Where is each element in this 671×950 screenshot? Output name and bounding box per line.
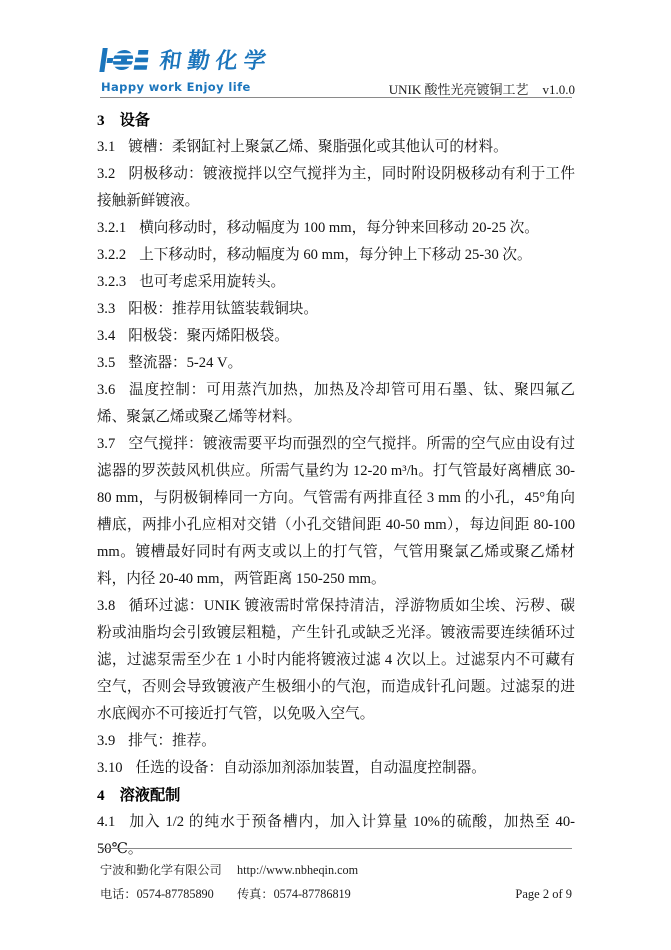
doc-version: v1.0.0	[543, 82, 576, 97]
paragraph: 3.3阳极：推荐用钛篮装载铜块。	[97, 296, 575, 323]
paragraph-text: 加入 1/2 的纯水于预备槽内，加入计算量 10%的硫酸，加热至 40-50℃。	[97, 814, 575, 857]
footer-phone-label: 电话：	[100, 887, 137, 901]
paragraph: 3.6温度控制：可用蒸汽加热，加热及冷却管可用石墨、钛、聚四氟乙烯、聚氯乙烯或聚…	[97, 377, 575, 431]
paragraph-number: 3.8	[97, 598, 128, 614]
page-footer: 宁波和勤化学有限公司 http://www.nbheqin.com 电话：057…	[100, 858, 572, 906]
paragraph: 3.2.3也可考虑采用旋转头。	[97, 269, 575, 296]
logo-tagline: Happy work Enjoy life	[101, 80, 272, 94]
hqe-logo-mark-icon	[99, 46, 151, 74]
paragraph-text: 排气：推荐。	[128, 733, 216, 749]
paragraph-number: 3.2	[97, 166, 128, 182]
paragraph: 3.2阴极移动：镀液搅拌以空气搅拌为主，同时附设阴极移动有利于工件接触新鲜镀液。	[97, 161, 575, 215]
document-title-block: UNIK 酸性光亮镀铜工艺v1.0.0	[389, 79, 575, 98]
paragraph: 3.4阳极袋：聚丙烯阳极袋。	[97, 323, 575, 350]
header-divider	[100, 97, 572, 98]
document-page: 和勤化学 Happy work Enjoy life UNIK 酸性光亮镀铜工艺…	[0, 0, 671, 950]
document-body: 3设备3.1镀槽：柔钢缸衬上聚氯乙烯、聚脂强化或其他认可的材料。3.2阴极移动：…	[97, 107, 575, 863]
paragraph-text: 循环过滤：UNIK 镀液需时常保持清洁，浮游物质如尘埃、污秽、碳粉或油脂均会引致…	[97, 598, 575, 722]
paragraph: 3.1镀槽：柔钢缸衬上聚氯乙烯、聚脂强化或其他认可的材料。	[97, 134, 575, 161]
paragraph-text: 整流器：5-24 V。	[128, 355, 242, 371]
logo-company-name: 和勤化学	[158, 44, 274, 75]
paragraph-number: 3	[97, 112, 120, 129]
paragraph-text: 温度控制：可用蒸汽加热，加热及冷却管可用石墨、钛、聚四氟乙烯、聚氯乙烯或聚乙烯等…	[97, 382, 575, 425]
paragraph-text: 镀槽：柔钢缸衬上聚氯乙烯、聚脂强化或其他认可的材料。	[128, 139, 507, 155]
footer-website: http://www.nbheqin.com	[237, 858, 572, 882]
paragraph-text: 横向移动时，移动幅度为 100 mm，每分钟来回移动 20-25 次。	[139, 220, 539, 236]
paragraph-number: 3.6	[97, 382, 128, 398]
paragraph: 3.2.2上下移动时，移动幅度为 60 mm，每分钟上下移动 25-30 次。	[97, 242, 575, 269]
paragraph-number: 4	[97, 787, 120, 804]
paragraph-number: 3.10	[97, 760, 136, 776]
paragraph: 3.9排气：推荐。	[97, 728, 575, 755]
paragraph-text: 上下移动时，移动幅度为 60 mm，每分钟上下移动 25-30 次。	[139, 247, 531, 263]
footer-divider	[100, 848, 572, 849]
paragraph-number: 3.2.2	[97, 247, 139, 263]
paragraph-text: 阳极：推荐用钛篮装载铜块。	[128, 301, 318, 317]
footer-phone-number: 0574-87785890	[137, 887, 214, 901]
paragraph: 3.5整流器：5-24 V。	[97, 350, 575, 377]
paragraph: 3.10任选的设备：自动添加剂添加装置，自动温度控制器。	[97, 755, 575, 782]
paragraph-text: 阴极移动：镀液搅拌以空气搅拌为主，同时附设阴极移动有利于工件接触新鲜镀液。	[97, 166, 575, 209]
doc-title: UNIK 酸性光亮镀铜工艺	[389, 82, 529, 97]
paragraph-text: 空气搅拌：镀液需要平均而强烈的空气搅拌。所需的空气应由设有过滤器的罗茨鼓风机供应…	[97, 436, 575, 587]
footer-fax-number: 0574-87786819	[274, 887, 351, 901]
paragraph-number: 3.2.1	[97, 220, 139, 236]
section-heading: 4溶液配制	[97, 782, 575, 809]
paragraph-number: 4.1	[97, 814, 128, 830]
footer-company: 宁波和勤化学有限公司	[100, 858, 237, 882]
paragraph: 3.7空气搅拌：镀液需要平均而强烈的空气搅拌。所需的空气应由设有过滤器的罗茨鼓风…	[97, 431, 575, 593]
paragraph-number: 3.9	[97, 733, 128, 749]
paragraph: 3.2.1横向移动时，移动幅度为 100 mm，每分钟来回移动 20-25 次。	[97, 215, 575, 242]
paragraph-number: 3.4	[97, 328, 128, 344]
company-logo: 和勤化学 Happy work Enjoy life	[99, 44, 272, 94]
paragraph-number: 3.7	[97, 436, 128, 452]
paragraph-number: 3.3	[97, 301, 128, 317]
paragraph-number: 3.2.3	[97, 274, 139, 290]
paragraph-text: 设备	[120, 112, 150, 129]
section-heading: 3设备	[97, 107, 575, 134]
paragraph-text: 阳极袋：聚丙烯阳极袋。	[128, 328, 289, 344]
footer-fax-label: 传真：	[237, 887, 274, 901]
paragraph-text: 也可考虑采用旋转头。	[139, 274, 285, 290]
footer-phone: 电话：0574-87785890	[100, 882, 237, 906]
paragraph-number: 3.5	[97, 355, 128, 371]
paragraph-number: 3.1	[97, 139, 128, 155]
paragraph-text: 溶液配制	[120, 787, 181, 804]
page-number: Page 2 of 9	[515, 882, 572, 906]
paragraph: 3.8循环过滤：UNIK 镀液需时常保持清洁，浮游物质如尘埃、污秽、碳粉或油脂均…	[97, 593, 575, 728]
paragraph: 4.1加入 1/2 的纯水于预备槽内，加入计算量 10%的硫酸，加热至 40-5…	[97, 809, 575, 863]
paragraph-text: 任选的设备：自动添加剂添加装置，自动温度控制器。	[136, 760, 486, 776]
